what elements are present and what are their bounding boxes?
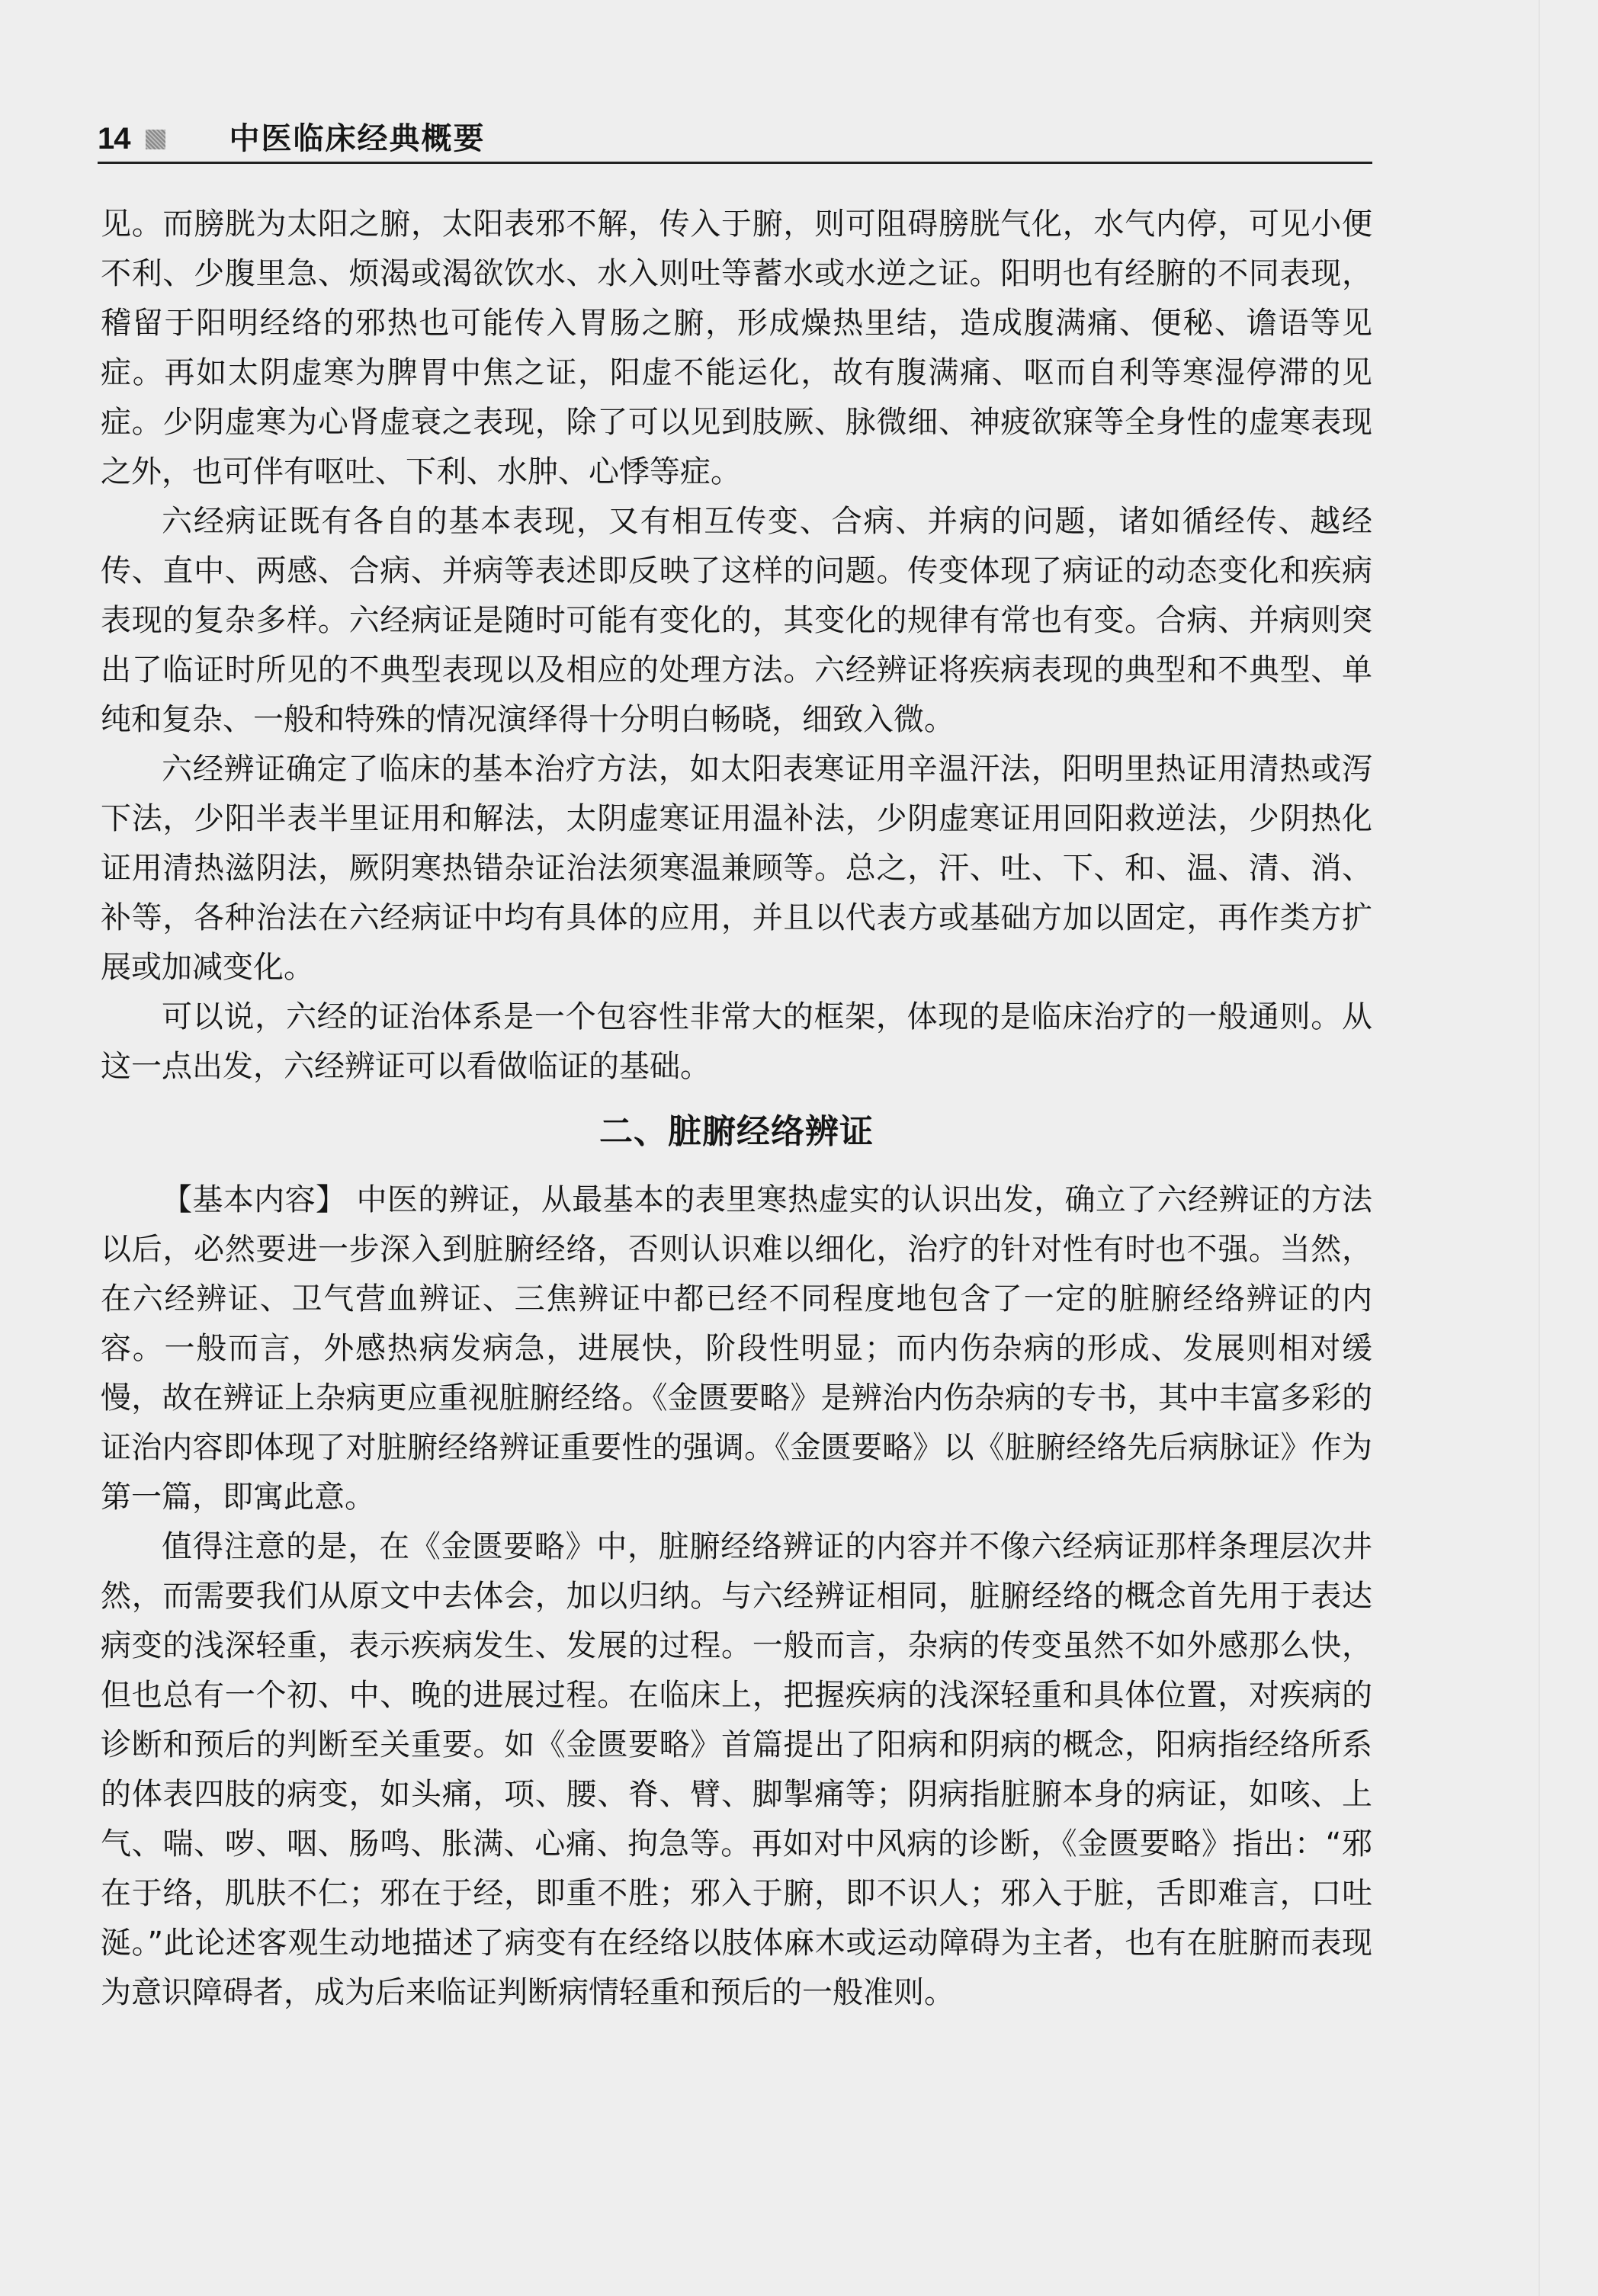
scan-margin-line	[1539, 0, 1540, 2296]
paragraph: 六经病证既有各自的基本表现，又有相互传变、合病、并病的问题，诸如循经传、越经传、…	[101, 497, 1372, 745]
page-body: 见。而膀胱为太阳之腑，太阳表邪不解，传入于腑，则可阻碍膀胱气化，水气内停，可见小…	[101, 200, 1372, 2018]
header-square-ornament-icon	[146, 130, 165, 149]
running-header: 14 中医临床经典概要	[98, 116, 1372, 159]
book-title: 中医临床经典概要	[229, 119, 486, 159]
paragraph: 六经辨证确定了临床的基本治疗方法，如太阳表寒证用辛温汗法，阳明里热证用清热或泻下…	[101, 745, 1372, 992]
section-heading: 二、脏腑经络辨证	[101, 1105, 1372, 1159]
paragraph: 值得注意的是，在《金匮要略》中，脏腑经络辨证的内容并不像六经病证那样条理层次井然…	[101, 1522, 1372, 2018]
paragraph: 可以说，六经的证治体系是一个包容性非常大的框架，体现的是临床治疗的一般通则。从这…	[101, 992, 1372, 1092]
paragraph-text: 中医的辨证，从最基本的表里寒热虚实的认识出发，确立了六经辨证的方法以后，必然要进…	[101, 1182, 1372, 1515]
header-rule	[98, 162, 1372, 164]
paragraph-continued: 见。而膀胱为太阳之腑，太阳表邪不解，传入于腑，则可阻碍膀胱气化，水气内停，可见小…	[101, 200, 1372, 497]
page-number: 14	[98, 119, 130, 159]
basic-content-label: 【基本内容】	[162, 1182, 346, 1217]
paragraph-basic-content: 【基本内容】 中医的辨证，从最基本的表里寒热虚实的认识出发，确立了六经辨证的方法…	[101, 1175, 1372, 1522]
